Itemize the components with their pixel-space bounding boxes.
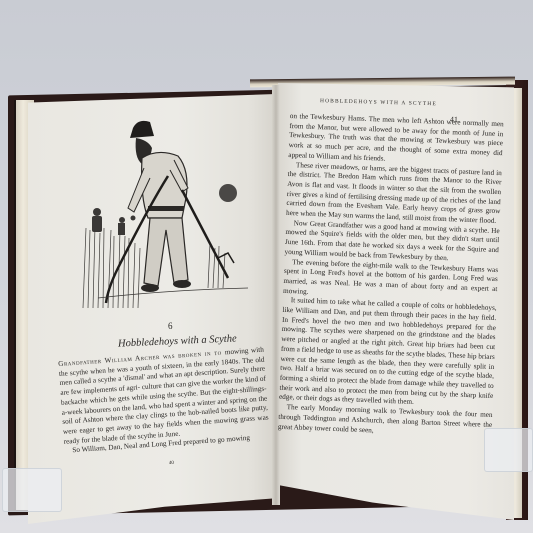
open-book: 6 Hobbledehoys with a Scythe Grandfather… (0, 0, 533, 533)
left-page-body: Grandfather William Archer was broken in… (58, 346, 270, 457)
left-page-clip (2, 468, 62, 512)
scythe-mower-illustration (78, 118, 258, 308)
opening-paragraph: Grandfather William Archer was broken in… (58, 346, 270, 447)
right-page-clip (484, 428, 533, 472)
paragraph: on the Tewkesbury Hams. The men who left… (288, 112, 504, 169)
folio: 40 (169, 461, 174, 466)
right-page-body: on the Tewkesbury Hams. The men who left… (278, 112, 504, 440)
chapter-number: 6 (168, 321, 173, 331)
paragraph: These river meadows, or hams, are the bi… (286, 160, 502, 226)
paragraph: It suited him to take what he called a c… (279, 296, 497, 411)
book-gutter (272, 85, 280, 505)
